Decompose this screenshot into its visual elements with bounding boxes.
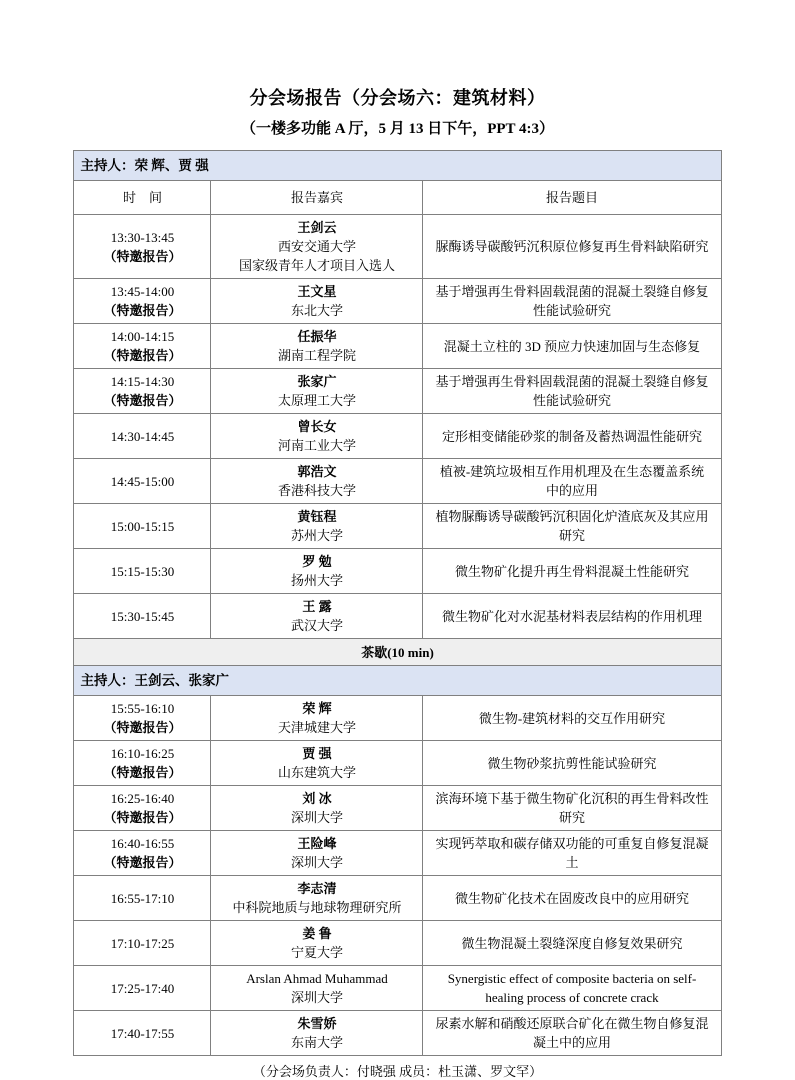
speaker-affiliation: 深圳大学 [215, 853, 418, 872]
page-footer: （分会场负责人：付晓强 成员：杜玉潇、罗文罕） [0, 1061, 795, 1080]
time-text: 15:00-15:15 [78, 517, 206, 536]
time-cell: 16:10-16:25 （特邀报告） [74, 741, 211, 786]
time-text: 17:40-17:55 [78, 1024, 206, 1043]
chair-row-session2: 主持人：王剑云、张家广 [74, 666, 721, 696]
invited-talk-tag: （特邀报告） [78, 763, 206, 782]
speaker-cell: 荣 辉 天津城建大学 [211, 696, 423, 741]
talk-title-cell: 植物脲酶诱导碳酸钙沉积固化炉渣底灰及其应用研究 [423, 504, 721, 549]
schedule-table: 主持人：荣 辉、贾 强 时 间 报告嘉宾 报告题目 13:30-13:45 （特… [73, 150, 721, 1056]
schedule-row: 15:00-15:15 黄钰程 苏州大学 植物脲酶诱导碳酸钙沉积固化炉渣底灰及其… [74, 504, 721, 549]
speaker-cell: 郭浩文 香港科技大学 [211, 459, 423, 504]
time-cell: 15:00-15:15 [74, 504, 211, 549]
speaker-name: 王 露 [215, 597, 418, 616]
speaker-affiliation: 太原理工大学 [215, 391, 418, 410]
time-cell: 15:15-15:30 [74, 549, 211, 594]
speaker-affiliation: 深圳大学 [215, 808, 418, 827]
time-text: 16:55-17:10 [78, 889, 206, 908]
time-cell: 17:25-17:40 [74, 966, 211, 1011]
speaker-name: 任振华 [215, 327, 418, 346]
speaker-name: 姜 鲁 [215, 924, 418, 943]
speaker-affiliation: 苏州大学 [215, 526, 418, 545]
speaker-name: 张家广 [215, 372, 418, 391]
speaker-name: 李志清 [215, 879, 418, 898]
talk-title-cell: 微生物矿化技术在固废改良中的应用研究 [423, 876, 721, 921]
speaker-cell: 任振华 湖南工程学院 [211, 324, 423, 369]
invited-talk-tag: （特邀报告） [78, 718, 206, 737]
page-title: 分会场报告（分会场六：建筑材料） [0, 84, 795, 110]
time-cell: 16:25-16:40 （特邀报告） [74, 786, 211, 831]
column-header-speaker: 报告嘉宾 [211, 181, 423, 215]
invited-talk-tag: （特邀报告） [78, 853, 206, 872]
time-text: 15:55-16:10 [78, 699, 206, 718]
time-text: 13:45-14:00 [78, 282, 206, 301]
schedule-row: 14:15-14:30 （特邀报告） 张家广 太原理工大学 基于增强再生骨料固载… [74, 369, 721, 414]
speaker-cell: 姜 鲁 宁夏大学 [211, 921, 423, 966]
speaker-affiliation: 武汉大学 [215, 616, 418, 635]
speaker-cell: 曾长女 河南工业大学 [211, 414, 423, 459]
speaker-name: 王剑云 [215, 218, 418, 237]
table-mid-section: 茶歇(10 min) 主持人：王剑云、张家广 [74, 639, 721, 696]
time-text: 16:40-16:55 [78, 834, 206, 853]
speaker-affiliation: 中科院地质与地球物理研究所 [215, 898, 418, 917]
column-header-title: 报告题目 [423, 181, 721, 215]
talk-title-cell: 微生物砂浆抗剪性能试验研究 [423, 741, 721, 786]
talk-title-cell: Synergistic effect of composite bacteria… [423, 966, 721, 1011]
speaker-cell: 李志清 中科院地质与地球物理研究所 [211, 876, 423, 921]
time-cell: 17:10-17:25 [74, 921, 211, 966]
talk-title-cell: 混凝土立柱的 3D 预应力快速加固与生态修复 [423, 324, 721, 369]
speaker-cell: 王文星 东北大学 [211, 279, 423, 324]
speaker-cell: 王险峰 深圳大学 [211, 831, 423, 876]
speaker-cell: 贾 强 山东建筑大学 [211, 741, 423, 786]
speaker-affiliation: 天津城建大学 [215, 718, 418, 737]
time-text: 14:45-15:00 [78, 472, 206, 491]
time-text: 14:00-14:15 [78, 327, 206, 346]
talk-title-cell: 微生物-建筑材料的交互作用研究 [423, 696, 721, 741]
page-subtitle: （一楼多功能 A 厅，5 月 13 日下午，PPT 4:3） [0, 117, 795, 138]
talk-title-cell: 定形相变储能砂浆的制备及蓄热调温性能研究 [423, 414, 721, 459]
invited-talk-tag: （特邀报告） [78, 391, 206, 410]
session1-rows: 13:30-13:45 （特邀报告） 王剑云 西安交通大学国家级青年人才项目入选… [74, 215, 721, 639]
speaker-affiliation: 湖南工程学院 [215, 346, 418, 365]
chair-row-session1: 主持人：荣 辉、贾 强 [74, 151, 721, 181]
speaker-name: 黄钰程 [215, 507, 418, 526]
time-text: 16:10-16:25 [78, 744, 206, 763]
speaker-affiliation: 宁夏大学 [215, 943, 418, 962]
speaker-cell: 王 露 武汉大学 [211, 594, 423, 639]
speaker-cell: 罗 勉 扬州大学 [211, 549, 423, 594]
invited-talk-tag: （特邀报告） [78, 346, 206, 365]
invited-talk-tag: （特邀报告） [78, 301, 206, 320]
document-page: 分会场报告（分会场六：建筑材料） （一楼多功能 A 厅，5 月 13 日下午，P… [0, 0, 795, 1080]
time-text: 13:30-13:45 [78, 228, 206, 247]
speaker-name: 荣 辉 [215, 699, 418, 718]
talk-title-cell: 植被-建筑垃圾相互作用机理及在生态覆盖系统中的应用 [423, 459, 721, 504]
schedule-row: 15:15-15:30 罗 勉 扬州大学 微生物矿化提升再生骨料混凝土性能研究 [74, 549, 721, 594]
table-head-section: 主持人：荣 辉、贾 强 时 间 报告嘉宾 报告题目 [74, 151, 721, 215]
time-cell: 16:40-16:55 （特邀报告） [74, 831, 211, 876]
time-cell: 14:00-14:15 （特邀报告） [74, 324, 211, 369]
schedule-row: 16:40-16:55 （特邀报告） 王险峰 深圳大学 实现钙萃取和碳存储双功能… [74, 831, 721, 876]
time-cell: 14:30-14:45 [74, 414, 211, 459]
talk-title-cell: 尿素水解和硝酸还原联合矿化在微生物自修复混凝土中的应用 [423, 1011, 721, 1056]
schedule-row: 16:25-16:40 （特邀报告） 刘 冰 深圳大学 滨海环境下基于微生物矿化… [74, 786, 721, 831]
speaker-cell: 张家广 太原理工大学 [211, 369, 423, 414]
speaker-affiliation: 国家级青年人才项目入选人 [215, 256, 418, 275]
time-cell: 16:55-17:10 [74, 876, 211, 921]
tea-break-row: 茶歇(10 min) [74, 639, 721, 666]
speaker-affiliation: 东南大学 [215, 1033, 418, 1052]
schedule-row: 15:30-15:45 王 露 武汉大学 微生物矿化对水泥基材料表层结构的作用机… [74, 594, 721, 639]
time-cell: 15:55-16:10 （特邀报告） [74, 696, 211, 741]
talk-title-cell: 微生物混凝土裂缝深度自修复效果研究 [423, 921, 721, 966]
speaker-affiliation: 山东建筑大学 [215, 763, 418, 782]
speaker-name: 朱雪娇 [215, 1014, 418, 1033]
talk-title-cell: 微生物矿化提升再生骨料混凝土性能研究 [423, 549, 721, 594]
speaker-cell: 刘 冰 深圳大学 [211, 786, 423, 831]
speaker-name: 郭浩文 [215, 462, 418, 481]
invited-talk-tag: （特邀报告） [78, 808, 206, 827]
schedule-row: 14:30-14:45 曾长女 河南工业大学 定形相变储能砂浆的制备及蓄热调温性… [74, 414, 721, 459]
speaker-name: Arslan Ahmad Muhammad [215, 969, 418, 988]
time-text: 17:25-17:40 [78, 979, 206, 998]
speaker-name: 曾长女 [215, 417, 418, 436]
time-text: 16:25-16:40 [78, 789, 206, 808]
speaker-cell: 黄钰程 苏州大学 [211, 504, 423, 549]
time-text: 14:30-14:45 [78, 427, 206, 446]
talk-title-cell: 实现钙萃取和碳存储双功能的可重复自修复混凝土 [423, 831, 721, 876]
column-header-time: 时 间 [74, 181, 211, 215]
speaker-name: 王险峰 [215, 834, 418, 853]
chair-label-session1: 主持人：荣 辉、贾 强 [74, 151, 721, 181]
schedule-row: 17:25-17:40 Arslan Ahmad Muhammad 深圳大学 S… [74, 966, 721, 1011]
speaker-name: 王文星 [215, 282, 418, 301]
time-cell: 14:45-15:00 [74, 459, 211, 504]
time-text: 15:15-15:30 [78, 562, 206, 581]
schedule-row: 13:45-14:00 （特邀报告） 王文星 东北大学 基于增强再生骨料固载混菌… [74, 279, 721, 324]
time-cell: 13:30-13:45 （特邀报告） [74, 215, 211, 279]
schedule-row: 17:10-17:25 姜 鲁 宁夏大学 微生物混凝土裂缝深度自修复效果研究 [74, 921, 721, 966]
schedule-row: 17:40-17:55 朱雪娇 东南大学 尿素水解和硝酸还原联合矿化在微生物自修… [74, 1011, 721, 1056]
chair-label-session2: 主持人：王剑云、张家广 [74, 666, 721, 696]
talk-title-cell: 滨海环境下基于微生物矿化沉积的再生骨料改性研究 [423, 786, 721, 831]
speaker-affiliation: 西安交通大学 [215, 237, 418, 256]
session2-rows: 15:55-16:10 （特邀报告） 荣 辉 天津城建大学 微生物-建筑材料的交… [74, 696, 721, 1056]
speaker-affiliation: 东北大学 [215, 301, 418, 320]
speaker-cell: Arslan Ahmad Muhammad 深圳大学 [211, 966, 423, 1011]
schedule-row: 14:45-15:00 郭浩文 香港科技大学 植被-建筑垃圾相互作用机理及在生态… [74, 459, 721, 504]
time-cell: 17:40-17:55 [74, 1011, 211, 1056]
time-text: 15:30-15:45 [78, 607, 206, 626]
speaker-affiliation: 扬州大学 [215, 571, 418, 590]
tea-break-label: 茶歇(10 min) [74, 639, 721, 666]
speaker-name: 刘 冰 [215, 789, 418, 808]
schedule-row: 16:55-17:10 李志清 中科院地质与地球物理研究所 微生物矿化技术在固废… [74, 876, 721, 921]
invited-talk-tag: （特邀报告） [78, 247, 206, 266]
speaker-cell: 王剑云 西安交通大学国家级青年人才项目入选人 [211, 215, 423, 279]
schedule-row: 16:10-16:25 （特邀报告） 贾 强 山东建筑大学 微生物砂浆抗剪性能试… [74, 741, 721, 786]
speaker-affiliation: 河南工业大学 [215, 436, 418, 455]
speaker-name: 贾 强 [215, 744, 418, 763]
speaker-name: 罗 勉 [215, 552, 418, 571]
time-cell: 15:30-15:45 [74, 594, 211, 639]
schedule-row: 15:55-16:10 （特邀报告） 荣 辉 天津城建大学 微生物-建筑材料的交… [74, 696, 721, 741]
talk-title-cell: 微生物矿化对水泥基材料表层结构的作用机理 [423, 594, 721, 639]
time-cell: 13:45-14:00 （特邀报告） [74, 279, 211, 324]
talk-title-cell: 脲酶诱导碳酸钙沉积原位修复再生骨料缺陷研究 [423, 215, 721, 279]
time-cell: 14:15-14:30 （特邀报告） [74, 369, 211, 414]
time-text: 17:10-17:25 [78, 934, 206, 953]
speaker-affiliation: 香港科技大学 [215, 481, 418, 500]
speaker-cell: 朱雪娇 东南大学 [211, 1011, 423, 1056]
schedule-row: 13:30-13:45 （特邀报告） 王剑云 西安交通大学国家级青年人才项目入选… [74, 215, 721, 279]
talk-title-cell: 基于增强再生骨料固载混菌的混凝土裂缝自修复性能试验研究 [423, 369, 721, 414]
schedule-row: 14:00-14:15 （特邀报告） 任振华 湖南工程学院 混凝土立柱的 3D … [74, 324, 721, 369]
column-header-row: 时 间 报告嘉宾 报告题目 [74, 181, 721, 215]
talk-title-cell: 基于增强再生骨料固载混菌的混凝土裂缝自修复性能试验研究 [423, 279, 721, 324]
speaker-affiliation: 深圳大学 [215, 988, 418, 1007]
time-text: 14:15-14:30 [78, 372, 206, 391]
